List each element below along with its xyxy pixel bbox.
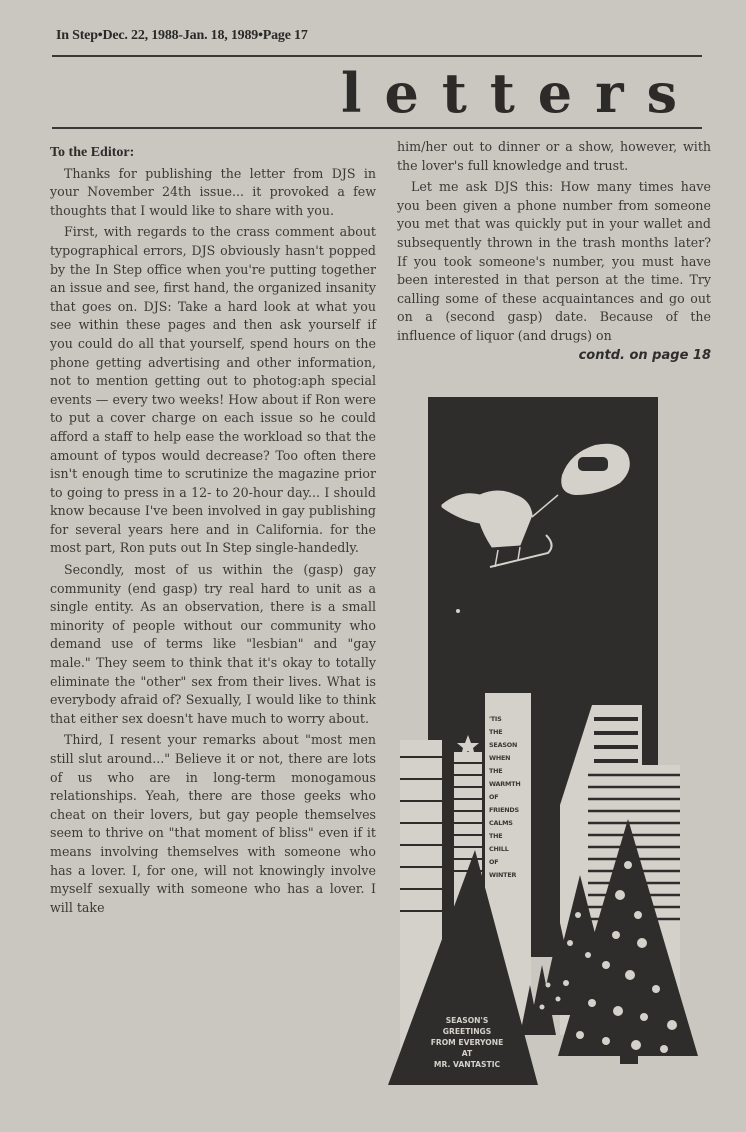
tagline-line: WARMTH bbox=[489, 778, 529, 791]
paragraph: Let me ask DJS this: How many times have… bbox=[397, 178, 711, 345]
tagline-line: THE bbox=[489, 726, 529, 739]
header-rule-bottom bbox=[52, 127, 702, 129]
greeting-line: MR. VANTASTIC bbox=[402, 1059, 532, 1070]
tagline-line: THE bbox=[489, 765, 529, 778]
greeting-line: GREETINGS bbox=[402, 1026, 532, 1037]
letter-column-right: him/her out to dinner or a show, however… bbox=[397, 138, 711, 365]
holiday-advertisement: 'TIS THE SEASON WHEN THE WARMTH OF FRIEN… bbox=[380, 395, 710, 1095]
greeting-line: SEASON'S bbox=[402, 1015, 532, 1026]
holiday-illustration bbox=[380, 395, 710, 1095]
greeting-line: AT bbox=[402, 1048, 532, 1059]
tagline: 'TIS THE SEASON WHEN THE WARMTH OF FRIEN… bbox=[489, 713, 529, 882]
tagline-line: OF bbox=[489, 856, 529, 869]
section-title: letters bbox=[341, 66, 700, 120]
tagline-line: CHILL bbox=[489, 843, 529, 856]
continued-note: contd. on page 18 bbox=[397, 347, 711, 366]
paragraph: him/her out to dinner or a show, however… bbox=[397, 138, 711, 175]
tagline-line: OF bbox=[489, 791, 529, 804]
paragraph: First, with regards to the crass comment… bbox=[50, 223, 376, 558]
greeting: SEASON'S GREETINGS FROM EVERYONE AT MR. … bbox=[402, 1015, 532, 1070]
tagline-line: 'TIS bbox=[489, 713, 529, 726]
greeting-line: FROM EVERYONE bbox=[402, 1037, 532, 1048]
tagline-line: SEASON bbox=[489, 739, 529, 752]
tagline-line: WHEN bbox=[489, 752, 529, 765]
tagline-line: THE bbox=[489, 830, 529, 843]
paragraph: Third, I resent your remarks about "most… bbox=[50, 731, 376, 917]
letter-column-left: To the Editor: Thanks for publishing the… bbox=[50, 144, 376, 920]
salutation: To the Editor: bbox=[50, 144, 376, 163]
tagline-line: FRIENDS bbox=[489, 804, 529, 817]
tagline-line: WINTER bbox=[489, 869, 529, 882]
paragraph: Secondly, most of us within the (gasp) g… bbox=[50, 561, 376, 728]
tagline-line: CALMS bbox=[489, 817, 529, 830]
paragraph: Thanks for publishing the letter from DJ… bbox=[50, 165, 376, 221]
running-head: In Step•Dec. 22, 1988-Jan. 18, 1989•Page… bbox=[56, 28, 308, 44]
header-rule-top bbox=[52, 55, 702, 57]
